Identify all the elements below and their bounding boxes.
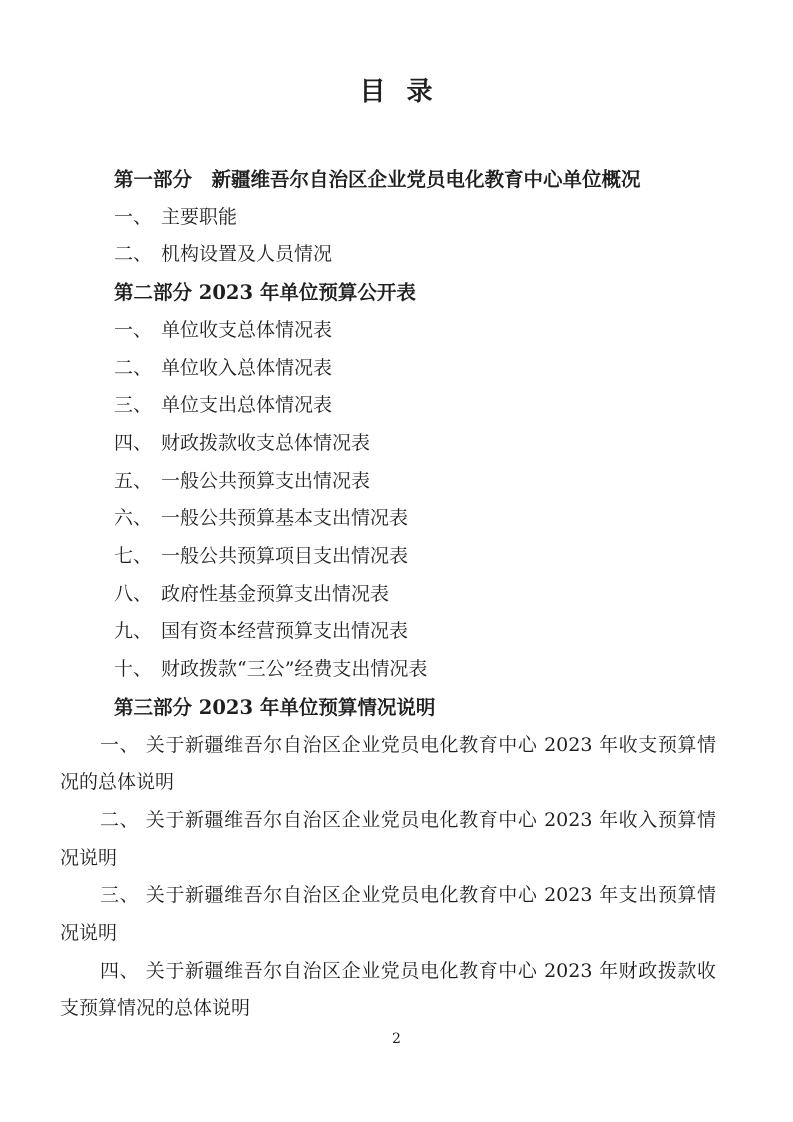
toc-item: 十、 财政拨款“三公”经费支出情况表 [114, 651, 716, 689]
toc-item: 三、 单位支出总体情况表 [114, 387, 716, 425]
toc-item: 九、 国有资本经营预算支出情况表 [114, 613, 716, 651]
toc-item-number: 九、 [114, 613, 161, 651]
toc-item: 五、 一般公共预算支出情况表 [114, 463, 716, 501]
toc-section-1-heading: 第一部分 新疆维吾尔自治区企业党员电化教育中心单位概况 [114, 161, 716, 199]
toc-item-label: 主要职能 [161, 199, 716, 237]
toc-item-label: 单位收支总体情况表 [161, 312, 716, 350]
toc-item-number: 四、 [114, 425, 161, 463]
toc-item-number: 二、 [114, 236, 161, 274]
table-of-contents: 第一部分 新疆维吾尔自治区企业党员电化教育中心单位概况 一、 主要职能 二、 机… [0, 161, 793, 1028]
toc-item-number: 五、 [114, 463, 161, 501]
toc-item: 六、 一般公共预算基本支出情况表 [114, 500, 716, 538]
toc-item-number: 十、 [114, 651, 161, 689]
toc-item-number: 六、 [114, 500, 161, 538]
toc-item-number: 二、 [114, 350, 161, 388]
toc-item: 二、 机构设置及人员情况 [114, 236, 716, 274]
toc-item-label: 单位收入总体情况表 [161, 350, 716, 388]
toc-item-label: 一般公共预算基本支出情况表 [161, 500, 716, 538]
page-number: 2 [0, 1031, 793, 1047]
page-title: 目 录 [0, 0, 793, 108]
toc-item-label: 国有资本经营预算支出情况表 [161, 613, 716, 651]
toc-item-label: 一般公共预算项目支出情况表 [161, 538, 716, 576]
toc-item-number: 一、 [114, 312, 161, 350]
toc-item-label: 财政拨款收支总体情况表 [161, 425, 716, 463]
toc-item-label: 单位支出总体情况表 [161, 387, 716, 425]
toc-section-2-heading: 第二部分 2023 年单位预算公开表 [114, 274, 716, 312]
toc-item-number: 一、 [114, 199, 161, 237]
toc-item: 四、 财政拨款收支总体情况表 [114, 425, 716, 463]
toc-item: 一、 主要职能 [114, 199, 716, 237]
toc-item: 二、 单位收入总体情况表 [114, 350, 716, 388]
toc-item-label: 政府性基金预算支出情况表 [161, 576, 716, 614]
toc-paragraph: 一、 关于新疆维吾尔自治区企业党员电化教育中心 2023 年收支预算情况的总体说… [60, 727, 716, 802]
toc-paragraph: 二、 关于新疆维吾尔自治区企业党员电化教育中心 2023 年收入预算情况说明 [60, 802, 716, 877]
toc-paragraph: 三、 关于新疆维吾尔自治区企业党员电化教育中心 2023 年支出预算情况说明 [60, 877, 716, 952]
toc-item: 一、 单位收支总体情况表 [114, 312, 716, 350]
toc-item-label: 财政拨款“三公”经费支出情况表 [161, 651, 716, 689]
toc-item-number: 八、 [114, 576, 161, 614]
toc-item-number: 三、 [114, 387, 161, 425]
toc-item-number: 七、 [114, 538, 161, 576]
toc-item: 七、 一般公共预算项目支出情况表 [114, 538, 716, 576]
toc-item-label: 机构设置及人员情况 [161, 236, 716, 274]
toc-item-label: 一般公共预算支出情况表 [161, 463, 716, 501]
document-page: 目 录 第一部分 新疆维吾尔自治区企业党员电化教育中心单位概况 一、 主要职能 … [0, 0, 793, 1122]
toc-paragraph: 四、 关于新疆维吾尔自治区企业党员电化教育中心 2023 年财政拨款收支预算情况… [60, 953, 716, 1028]
toc-section-3-heading: 第三部分 2023 年单位预算情况说明 [114, 689, 716, 727]
toc-item: 八、 政府性基金预算支出情况表 [114, 576, 716, 614]
